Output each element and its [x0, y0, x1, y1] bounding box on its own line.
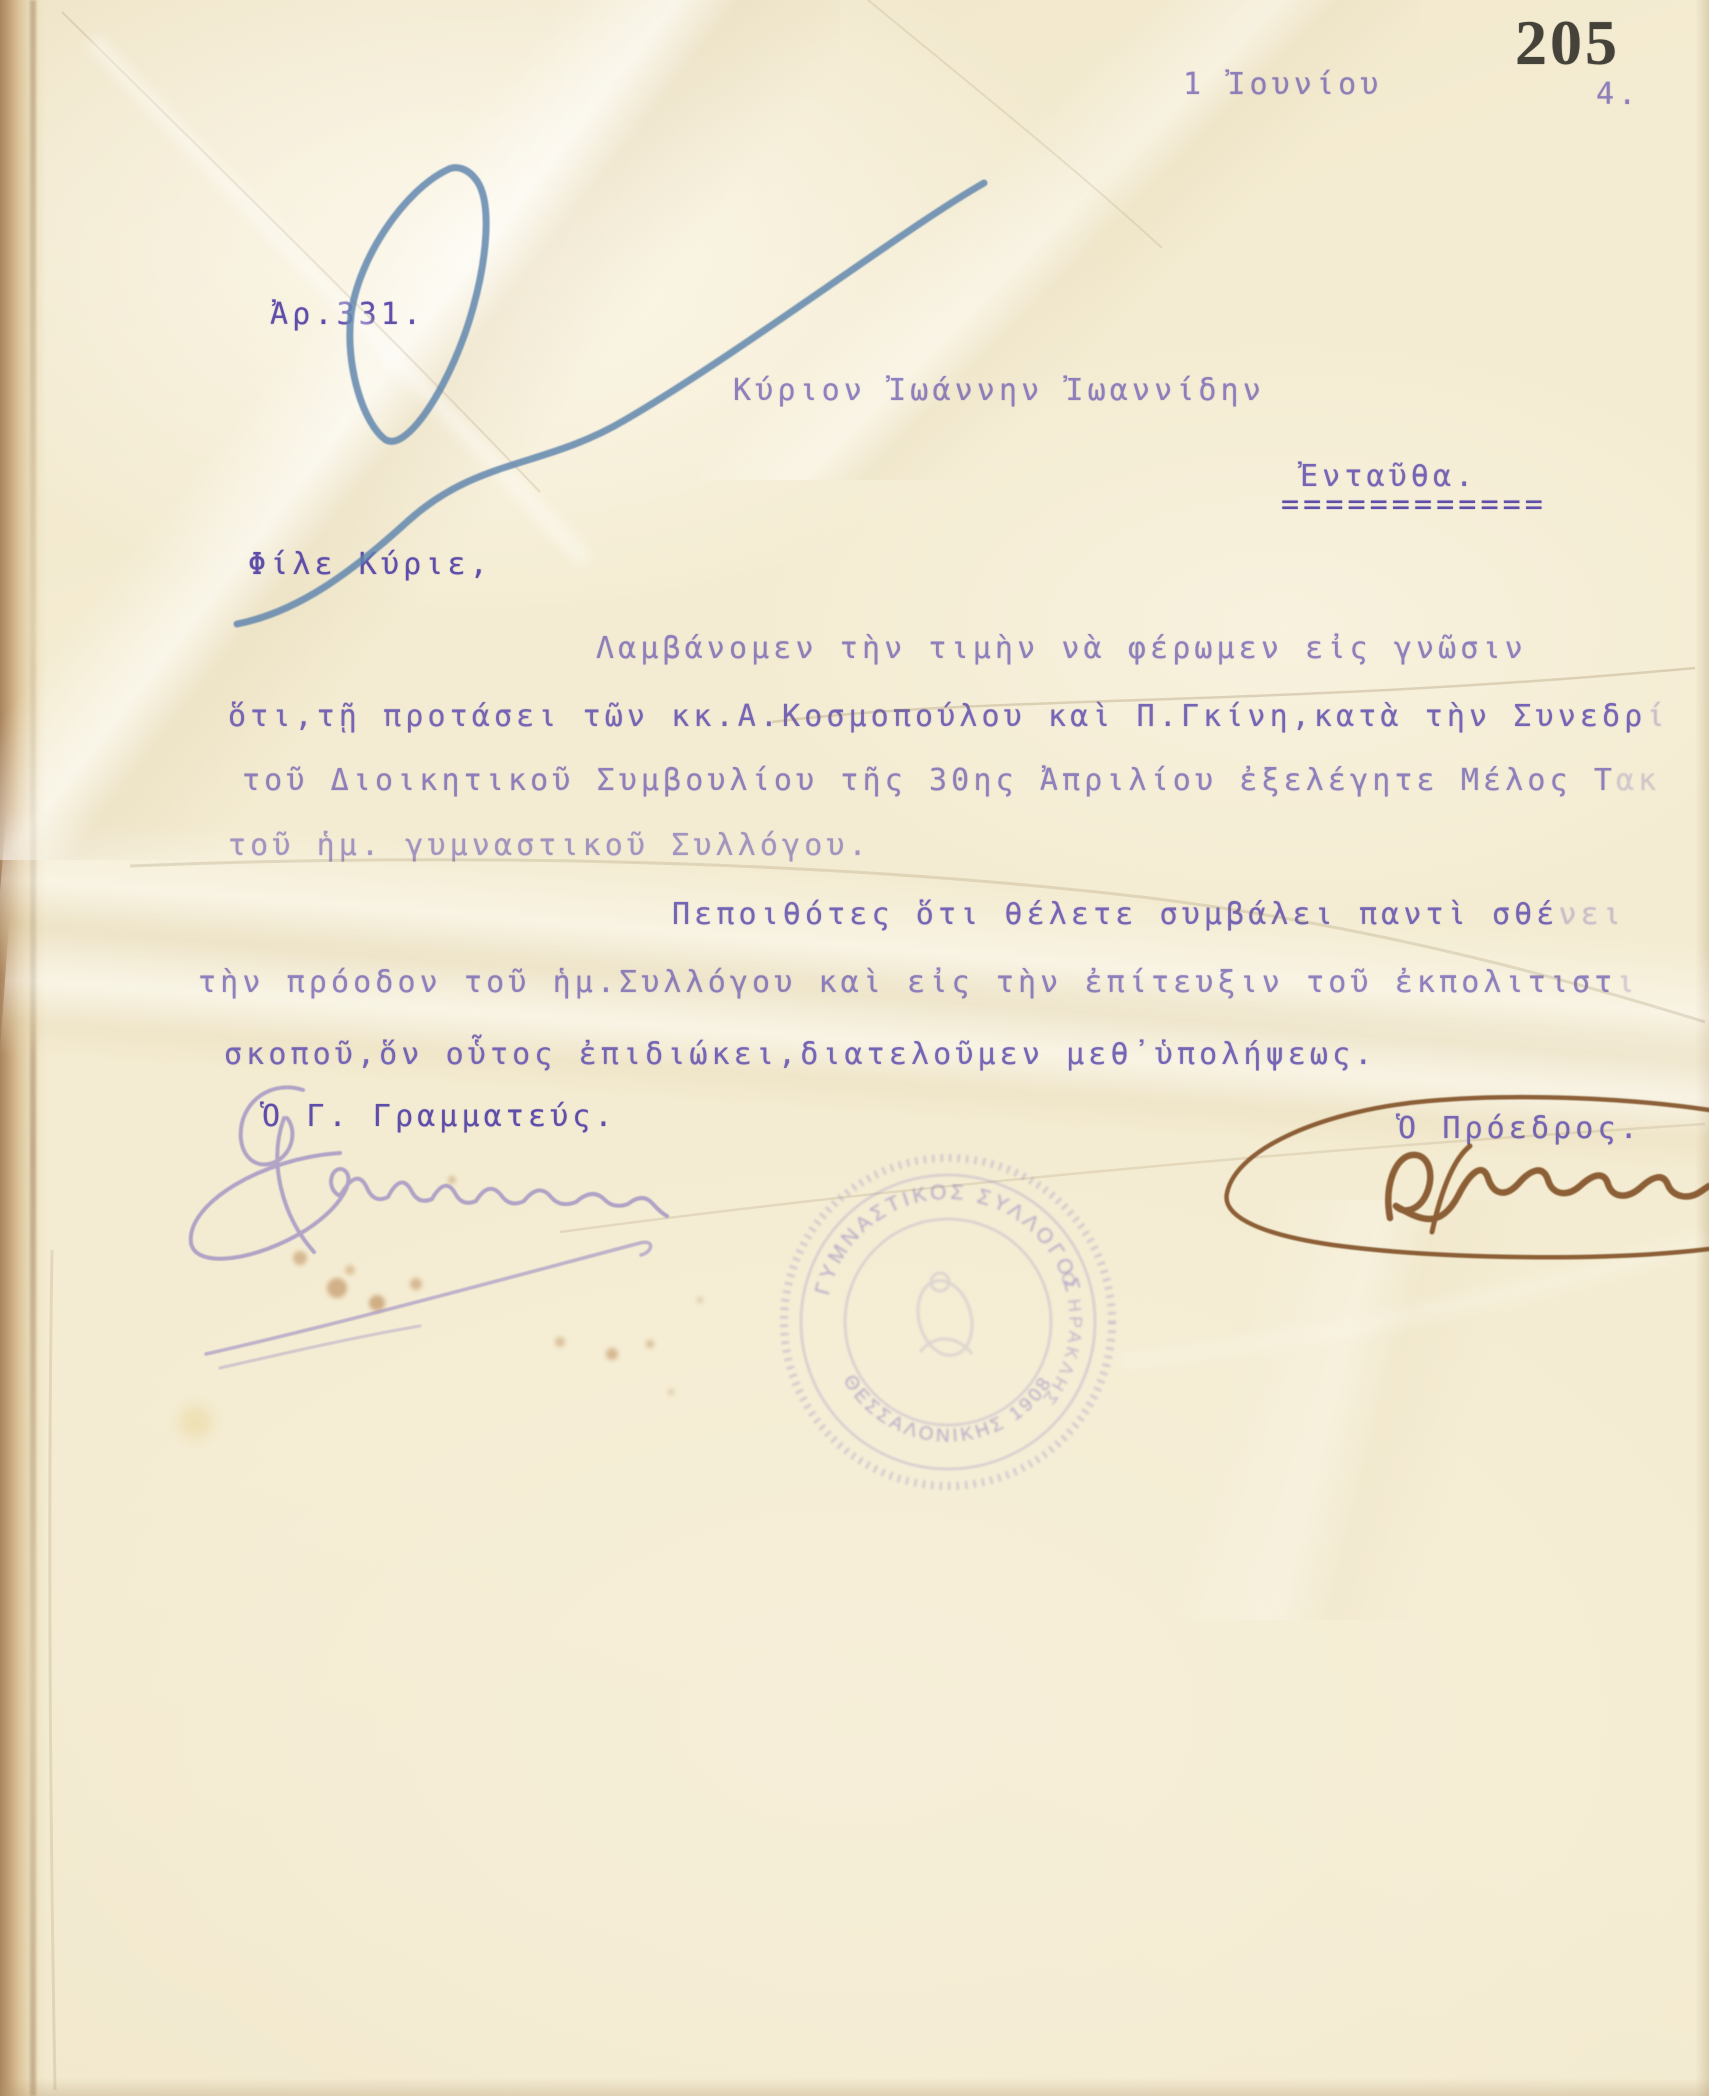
svg-text:Ο ΗΡΑΚΛΗΣ: Ο ΗΡΑΚΛΗΣ: [1037, 1269, 1085, 1410]
folio-number: 205: [1515, 6, 1620, 80]
stamp-emblem: [910, 1273, 980, 1361]
body-line: τοῦ Διοικητικοῦ Συμβουλίου τῆς 30ης Ἀπρι…: [242, 762, 1660, 800]
body-line: ὅτι,τῇ προτάσει τῶν κκ.Α.Κοσμοπούλου καὶ…: [228, 698, 1669, 736]
salutation: Φίλε Κύριε,: [248, 546, 492, 584]
location-underline: ============: [1281, 486, 1547, 524]
svg-text:ΘΕΣΣΑΛΟΝΙΚΗΣ 1908: ΘΕΣΣΑΛΟΝΙΚΗΣ 1908: [839, 1371, 1058, 1447]
folio-annotation: 4.: [1596, 76, 1640, 114]
stamp-text-bottom: ΘΕΣΣΑΛΟΝΙΚΗΣ 1908: [839, 1371, 1058, 1447]
body-line: τὴν πρόοδον τοῦ ἡμ.Συλλόγου καὶ εἰς τὴν …: [198, 964, 1639, 1002]
closing-president-title: Ὁ Πρόεδρος.: [1398, 1110, 1642, 1148]
paper-left-edge-line: [30, 0, 36, 2096]
date-line: 1 Ἰουνίου: [1183, 66, 1382, 104]
closing-secretary-title: Ὁ Γ. Γραμματεύς.: [262, 1098, 617, 1136]
paper-bottom-edge: [0, 2078, 1709, 2096]
paper-right-edge: [1695, 0, 1709, 2096]
recipient-line: Κύριον Ἰωάννην Ἰωαννίδην: [733, 372, 1265, 410]
scanned-letter-page: 205 4. 1 Ἰουνίου Ἀρ.331. Κύριον Ἰωάννην …: [0, 0, 1709, 2096]
paper-left-edge: [0, 0, 46, 2096]
stamp-text-top: ΓΥΜΝΑΣΤΙΚΟΣ ΣΥΛΛΟΓΟΣ: [811, 1181, 1085, 1298]
body-line: Πεποιθότες ὅτι θέλετε συμβάλει παντὶ σθέ…: [672, 896, 1625, 934]
body-line: Λαμβάνομεν τὴν τιμὴν νὰ φέρωμεν εἰς γνῶσ…: [596, 630, 1527, 668]
reference-number: Ἀρ.331.: [270, 296, 425, 334]
club-stamp: ΓΥΜΝΑΣΤΙΚΟΣ ΣΥΛΛΟΓΟΣ ΘΕΣΣΑΛΟΝΙΚΗΣ 1908 Ο…: [784, 1158, 1112, 1486]
paper-crease-bottom-right: [900, 1200, 1709, 1620]
stamp-text-side: Ο ΗΡΑΚΛΗΣ: [1037, 1269, 1085, 1410]
body-line: σκοποῦ,ὅν οὗτος ἐπιδιώκει,διατελοῦμεν με…: [224, 1036, 1376, 1074]
svg-text:ΓΥΜΝΑΣΤΙΚΟΣ ΣΥΛΛΟΓΟΣ: ΓΥΜΝΑΣΤΙΚΟΣ ΣΥΛΛΟΓΟΣ: [811, 1181, 1085, 1298]
rust-stains: [180, 1176, 703, 1438]
body-line: τοῦ ἡμ. γυμναστικοῦ Συλλόγου.: [228, 827, 871, 865]
